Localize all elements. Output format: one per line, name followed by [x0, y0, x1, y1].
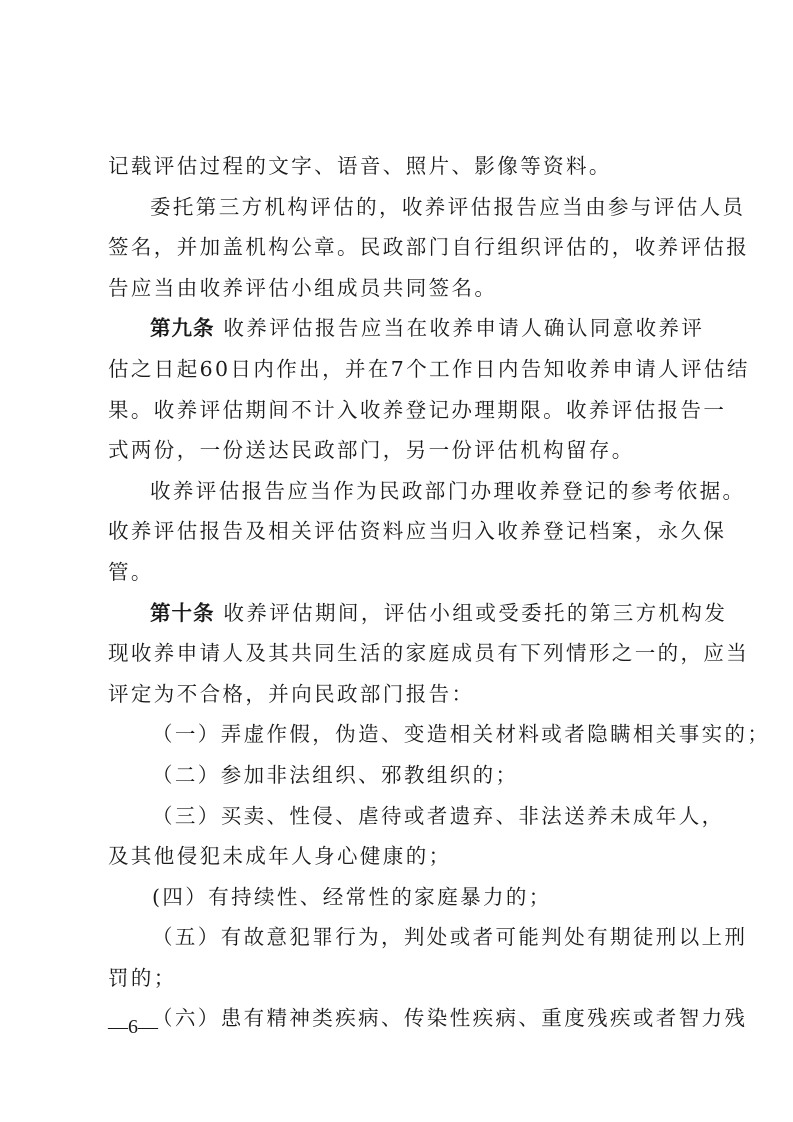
text-line: 委托第三方机构评估的，收养评估报告应当由参与评估人员: [108, 187, 710, 228]
list-item: (四）有持续性、经常性的家庭暴力的；: [108, 877, 710, 918]
text-line: 签名，并加盖机构公章。民政部门自行组织评估的，收养评估报: [108, 227, 710, 268]
text-line: 现收养申请人及其共同生活的家庭成员有下列情形之一的，应当: [108, 633, 710, 674]
list-item: （三）买卖、性侵、虐待或者遗弃、非法送养未成年人，: [108, 796, 710, 837]
text-line: 收养评估报告应当作为民政部门办理收养登记的参考依据。: [108, 471, 710, 512]
text-line: 及其他侵犯未成年人身心健康的；: [108, 836, 710, 877]
article-heading: 第十条: [150, 601, 215, 625]
text-line: 管。: [108, 552, 710, 593]
text-line: 果。收养评估期间不计入收养登记办理期限。收养评估报告一: [108, 390, 710, 431]
text-line: 收养评估报告及相关评估资料应当归入收养登记档案，永久保: [108, 511, 710, 552]
text-line: 记载评估过程的文字、语音、照片、影像等资料。: [108, 146, 710, 187]
document-page: 记载评估过程的文字、语音、照片、影像等资料。 委托第三方机构评估的，收养评估报告…: [0, 0, 793, 1122]
text-line: 告应当由收养评估小组成员共同签名。: [108, 268, 710, 309]
page-number: —6—: [108, 1016, 158, 1039]
list-item: （五）有故意犯罪行为，判处或者可能判处有期徒刑以上刑: [108, 917, 710, 958]
list-item: （六）患有精神类疾病、传染性疾病、重度残疾或者智力残: [108, 998, 710, 1039]
text-line: 罚的；: [108, 958, 710, 999]
text-line: 收养评估期间，评估小组或受委托的第三方机构发: [215, 601, 728, 625]
article-10-line: 第十条 收养评估期间，评估小组或受委托的第三方机构发: [108, 593, 710, 634]
text-line: 式两份，一份送达民政部门，另一份评估机构留存。: [108, 430, 710, 471]
article-heading: 第九条: [150, 316, 215, 340]
document-body: 记载评估过程的文字、语音、照片、影像等资料。 委托第三方机构评估的，收养评估报告…: [108, 146, 710, 1039]
text-line: 评定为不合格，并向民政部门报告：: [108, 674, 710, 715]
text-line: 估之日起60日内作出，并在7个工作日内告知收养申请人评估结: [108, 349, 710, 390]
article-9-line: 第九条 收养评估报告应当在收养申请人确认同意收养评: [108, 308, 710, 349]
list-item: （二）参加非法组织、邪教组织的；: [108, 755, 710, 796]
text-line: 收养评估报告应当在收养申请人确认同意收养评: [215, 316, 705, 340]
list-item: （一）弄虚作假，伪造、变造相关材料或者隐瞒相关事实的；: [108, 714, 710, 755]
